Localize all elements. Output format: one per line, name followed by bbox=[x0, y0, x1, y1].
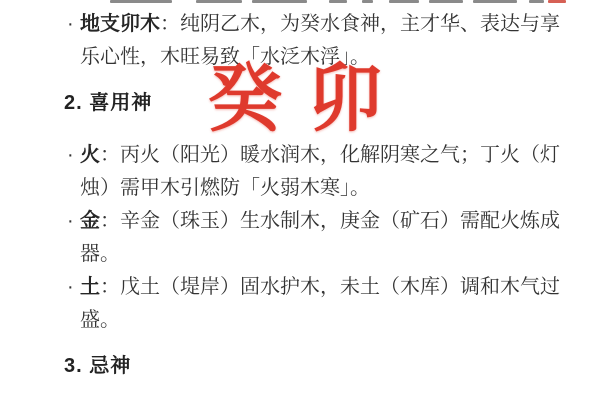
truncated-glyph-fragment bbox=[429, 0, 463, 3]
truncated-glyph-fragment bbox=[473, 0, 517, 3]
document-page: 癸卯 ·地支卯木：纯阴乙木，为癸水食神，主才华、表达与享乐心性，木旺易致「水泛木… bbox=[0, 0, 600, 400]
truncated-glyph-fragment bbox=[252, 0, 307, 3]
truncated-text-line bbox=[0, 0, 600, 6]
bullet-marker: · bbox=[67, 271, 74, 304]
bullet-term: 土 bbox=[80, 276, 100, 298]
bullet-separator: ： bbox=[100, 210, 120, 232]
bullet-separator: ： bbox=[160, 13, 180, 35]
truncated-glyph-fragment bbox=[548, 0, 566, 3]
watermark-stamp: 癸卯 bbox=[208, 62, 408, 136]
bullet-term: 地支卯木 bbox=[80, 13, 160, 35]
bullet-body-text: 戊土（堤岸）固水护木，未土（木库）调和木气过盛。 bbox=[80, 276, 560, 331]
bullet-body-text: 丙火（阳光）暖水润木，化解阴寒之气；丁火（灯烛）需甲木引燃防「火弱木寒」。 bbox=[80, 144, 560, 199]
truncated-glyph-fragment bbox=[196, 0, 242, 3]
bullet-separator: ： bbox=[100, 144, 120, 166]
truncated-glyph-fragment bbox=[329, 0, 347, 3]
section-heading: 3. 忌神 bbox=[64, 350, 564, 383]
bullet-item: ·土：戊土（堤岸）固水护木，未土（木库）调和木气过盛。 bbox=[64, 271, 564, 337]
bullet-item: ·火：丙火（阳光）暖水润木，化解阴寒之气；丁火（灯烛）需甲木引燃防「火弱木寒」。 bbox=[64, 139, 564, 205]
bullet-marker: · bbox=[67, 139, 74, 172]
truncated-glyph-fragment bbox=[362, 0, 373, 3]
truncated-glyph-fragment bbox=[389, 0, 419, 3]
bullet-item: ·金：辛金（珠玉）生水制木，庚金（矿石）需配火炼成器。 bbox=[64, 205, 564, 271]
bullet-term: 火 bbox=[80, 144, 100, 166]
bullet-marker: · bbox=[67, 205, 74, 238]
bullet-body-text: 辛金（珠玉）生水制木，庚金（矿石）需配火炼成器。 bbox=[80, 210, 560, 265]
bullet-separator: ： bbox=[100, 276, 120, 298]
bullet-term: 金 bbox=[80, 210, 100, 232]
truncated-glyph-fragment bbox=[529, 0, 544, 3]
truncated-glyph-fragment bbox=[110, 0, 172, 3]
bullet-marker: · bbox=[67, 8, 74, 41]
